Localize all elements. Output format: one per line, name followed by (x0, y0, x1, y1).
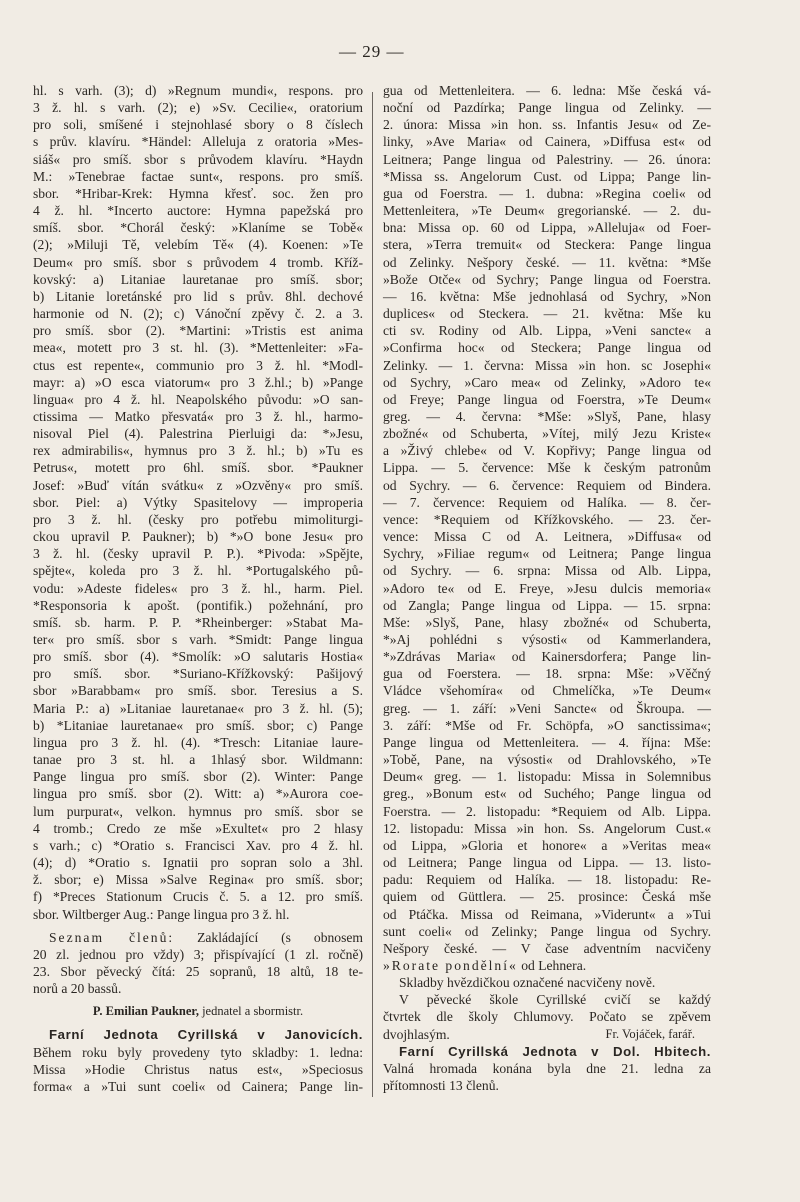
signature-role: jednatel a sbormistr. (202, 1004, 303, 1018)
text-line: pro smíš. sbor (2). *Martini: »Tristis e… (33, 322, 363, 339)
text-line: b) Litanie loretánské pro lid s prův. 8h… (33, 288, 363, 305)
text-line: M.: »Tenebrae factae sunt«, respons. pro… (33, 168, 363, 185)
janovice-section-body: Během roku byly provedeny tyto skladby: … (33, 1044, 363, 1095)
text-line: od Lippa, »Gloria et honore« a »Veritas … (383, 837, 711, 854)
text-line: 4 tromb.; Credo ze mše »Exultet« pro 2 h… (33, 820, 363, 837)
text-line: mea«, motett pro 3 st. hl. (3). *Mettenl… (33, 339, 363, 356)
text-line: Maria P.: a) »Litaniae lauretanae« pro 3… (33, 700, 363, 717)
text-line: s varh.; c) *Oratio s. Francisci Xav. pr… (33, 837, 363, 854)
text-line: ctissima — Matko přesvatá« pro 3 ž. hl.,… (33, 408, 363, 425)
left-column-body: hl. s varh. (3); d) »Regnum mundi«, resp… (33, 82, 363, 923)
text-line: 23. Sbor pěvecký čítá: 25 sopranů, 18 al… (33, 963, 363, 980)
text-line: Petrus«, motett pro 6hl. smíš. sbor. *Pa… (33, 459, 363, 476)
text-line: linky, »Ave Maria« od Cainera, »Diffusa … (383, 133, 711, 150)
text-line: Deum« pro smíš. sbor s průvodem 4 tromb.… (33, 254, 363, 271)
text-line: smíš. sbor. *Chorál český: »Klaníme se T… (33, 219, 363, 236)
section-heading-janovice: Farní Jednota Cyrillská v Janovicích. (33, 1026, 363, 1043)
text-line: bna: Missa op. 60 od Lippa, »Alleluja« o… (383, 219, 711, 236)
text-line: 3 ž. hl. (česky upravil P. P.). *Pivoda:… (33, 545, 363, 562)
text-line: od Sychry, »Caro mea« od Zelinky, »Adoro… (383, 374, 711, 391)
text-line: spějte«, koleda pro 3 ž. hl. *Portugalsk… (33, 562, 363, 579)
text-line: 20 zl. jednou pro vždy) 3; přispívající … (33, 946, 363, 963)
dol-hbity-section-body: Valná hromada konána byla dne 21. ledna … (383, 1060, 711, 1094)
rorate-author: od Lehnera. (521, 958, 586, 973)
text-line: Pange lingua pro smíš. sbor (2). Winter:… (33, 768, 363, 785)
text-line: norů a 20 bassů. (33, 980, 363, 997)
text-line: sbor. *Hribar-Krek: Hymna křesť. soc. že… (33, 185, 363, 202)
text-line: lingua pro 3 ž. hl. (4). *Tresch: Litani… (33, 734, 363, 751)
text-line: kovský: a) Litaniae lauretanae pro smíš.… (33, 271, 363, 288)
text-line: 3. září: *Mše od Fr. Schöpfa, »O sanctis… (383, 717, 711, 734)
text-line: od Sychry. — 6. srpna: Missa od Alb. Lip… (383, 562, 711, 579)
text-line: *Responsoria k apošt. (pontifik.) požehn… (33, 597, 363, 614)
text-line: »Tobě, Pane, na výsosti« od Drahlovského… (383, 751, 711, 768)
text-line: pro smíš. sbor. *Suriano-Křížkovský: Paš… (33, 665, 363, 682)
text-line: lum purpurat«, velkon. hymnus pro smíš. … (33, 803, 363, 820)
text-line: duplices« od Steckera. — 21. května: Mše… (383, 305, 711, 322)
text-line: noční od Pazdírka; Pange lingua od Zelin… (383, 99, 711, 116)
text-line: cti sv. Rodiny od Alb. Lippa, »Veni sanc… (383, 322, 711, 339)
text-line: gua od Foerstera. — 18. srpna: Mše: »Věč… (383, 665, 711, 682)
text-line: od Zangla; Pange lingua od Lippa. — 15. … (383, 597, 711, 614)
text-line: od Zelinky. Nešpory české. — 11. května:… (383, 254, 711, 271)
text-line: sbor. Piel: a) Výtky Spasitelovy — impro… (33, 494, 363, 511)
text-line: Vládce všehomíra« od Chmelíčka, »Te Deum… (383, 682, 711, 699)
text-line: Lippa. — 5. července: Mše k českým patro… (383, 459, 711, 476)
text-line: čtvrtek dle školy Chlumovy. Počato se zp… (383, 1008, 711, 1025)
text-line: Sychry, »Filiae regum« od Leitnera; Pang… (383, 545, 711, 562)
text-line: *»Zdrávas Maria« od Kainersdorfera; Pang… (383, 648, 711, 665)
text-line: vodu: »Adeste fideles« pro 3 ž. hl., har… (33, 580, 363, 597)
members-text: Zakládající (s obnosem (197, 930, 363, 945)
text-line: Mettenleitera, »Te Deum« gregorianské. —… (383, 202, 711, 219)
text-line: smíš. sb. harm. P. P. *Rheinberger: »Sta… (33, 614, 363, 631)
text-line: lingua« pro 4 ž. hl. Neapolského původu:… (33, 391, 363, 408)
rorate-title: »Rorate pondělní« (383, 958, 518, 973)
text-line: 2. února: Missa »in hon. ss. Infantis Je… (383, 116, 711, 133)
text-line: 12. listopadu: Missa »in hon. Ss. Angelo… (383, 820, 711, 837)
text-line: quiem od Güttlera. — 25. prosince: Česká… (383, 888, 711, 905)
members-label: Seznam členů: (49, 930, 174, 945)
members-paragraph-first-line: Seznam členů: Zakládající (s obnosem (33, 929, 363, 946)
page-number: — 29 — (339, 42, 405, 62)
text-line: gua od Foerstra. — 1. dubna: »Regina coe… (383, 185, 711, 202)
text-line: zbožné« od Schuberta, »Vítej, milý Jezu … (383, 425, 711, 442)
text-line: (2); »Miluji Tě, velebím Tě« (4). Koenen… (33, 236, 363, 253)
text-line: sbor. Wiltberger Aug.: Pange lingua pro … (33, 906, 363, 923)
text-line: Nešpory české. — V čase adventním nacvič… (383, 940, 711, 957)
school-last-line: dvojhlasým.Fr. Vojáček, farář. (383, 1026, 711, 1043)
text-line: Valná hromada konána byla dne 21. ledna … (383, 1060, 711, 1077)
text-line: Josef: »Buď vítán svátku« z »Ozvěny« pro… (33, 477, 363, 494)
text-line: (4); d) *Oratio s. Ignatii pro sopran so… (33, 854, 363, 871)
text-line: Zelinky. — 1. června: Missa »in hon. sc … (383, 357, 711, 374)
text-line: pro 3 ž. hl. (česky pro potřebu mimolitu… (33, 511, 363, 528)
text-line: mayr: a) »O esca viatorum« pro 3 ž.hl.; … (33, 374, 363, 391)
text-line: padu: Requiem od Halíka. — 18. listopadu… (383, 871, 711, 888)
text-line: greg., »Bonum est« od Suchého; Pange lin… (383, 785, 711, 802)
text-line: ž. sbor; e) Missa »Salve Regina« pro smí… (33, 871, 363, 888)
left-column: hl. s varh. (3); d) »Regnum mundi«, resp… (33, 82, 363, 1095)
text-line: vence: Missa C od A. Leitnera, »Diffusa«… (383, 528, 711, 545)
text-line: tanae pro 3 st. hl. a 1hlasý sbor. Wildm… (33, 751, 363, 768)
text-line: pro soli, smíšené i stejnohlasé sbory o … (33, 116, 363, 133)
text-line: stera, »Terra tremuit« od Steckera: Pang… (383, 236, 711, 253)
text-line: gua od Mettenleitera. — 6. ledna: Mše če… (383, 82, 711, 99)
right-column: gua od Mettenleitera. — 6. ledna: Mše če… (383, 82, 711, 1094)
section-heading-dol-hbity: Farní Cyrillská Jednota v Dol. Hbitech. (383, 1043, 711, 1060)
text-line: rex admirabilis«, hymnus pro 3 ž. hl.; b… (33, 442, 363, 459)
text-line: *»Aj pohlédni s výsosti« od Kammerlander… (383, 631, 711, 648)
text-line: lingua pro smíš. sbor (2). Witt: a) *»Au… (33, 785, 363, 802)
text-line: harmonie od N. (2); c) Vánoční zpěvy č. … (33, 305, 363, 322)
text-line: nisoval Piel (4). Palestrina Pierluigi d… (33, 425, 363, 442)
text-line: od Freye; Pange lingua od Foerstra, »Te … (383, 391, 711, 408)
signature-paukner: P. Emilian Paukner, jednatel a sbormistr… (33, 1003, 363, 1020)
text-line: V pěvecké škole Cyrillské cvičí se každý (383, 991, 711, 1008)
text-line: b) *Litaniae lauretanae« pro smíš. sbor;… (33, 717, 363, 734)
text-line: — 7. července: Requiem od Halíka. — 8. č… (383, 494, 711, 511)
text-line: Během roku byly provedeny tyto skladby: … (33, 1044, 363, 1061)
text-line: přítomnosti 13 členů. (383, 1077, 711, 1094)
column-divider (372, 92, 373, 1097)
text-line: hl. s varh. (3); d) »Regnum mundi«, resp… (33, 82, 363, 99)
text-line: greg. — 1. září: »Veni Sancte« od Škroup… (383, 700, 711, 717)
text-line: *Missa ss. Angelorum Cust. od Lippa; Pan… (383, 168, 711, 185)
text-line: vence: *Requiem od Křížkovského. — 23. č… (383, 511, 711, 528)
text-line: — 16. května: Mše jednohlasá od Sychry, … (383, 288, 711, 305)
text-line: »Confirma hoc« od Steckera; Pange lingua… (383, 339, 711, 356)
text-line: »Adoro te« od E. Freye, »Jesu dulcis mem… (383, 580, 711, 597)
text-line: a »Živý chlebe« od V. Kopřivy; Pange lin… (383, 442, 711, 459)
text-line: sbor »Barabbam« pro smíš. sbor. Teresius… (33, 682, 363, 699)
right-column-body: gua od Mettenleitera. — 6. ledna: Mše če… (383, 82, 711, 957)
text-line: ctus est repente«, communio pro 3 ž. hl.… (33, 357, 363, 374)
text-line: sunt coeli« od Zelinky; Pange lingua od … (383, 923, 711, 940)
text-line: 4 ž. hl. *Incerto auctore: Hymna papežsk… (33, 202, 363, 219)
text-line: s prův. klavíru. *Händel: Alleluja z ora… (33, 133, 363, 150)
signature-name: P. Emilian Paukner, (93, 1004, 199, 1018)
text-line: ckou upravil P. Paukner); b) *»O bone Je… (33, 528, 363, 545)
text-line: »Bože Otče« od Sychry; Pange lingua od F… (383, 271, 711, 288)
text-line: pro smíš. sbor (4). *Smolík: »O salutari… (33, 648, 363, 665)
text-line: Deum« greg. — 1. listopadu: Missa in Sol… (383, 768, 711, 785)
text-line: od Leitnera; Pange lingua od Lippa. — 13… (383, 854, 711, 871)
text-line: Foerstra. — 2. listopadu: *Requiem od Al… (383, 803, 711, 820)
text-line: ter« pro smíš. sbor s varh. *Smidt: Pang… (33, 631, 363, 648)
text-line: greg. — 4. června: *Mše: »Slyš, Pane, hl… (383, 408, 711, 425)
text-line: od Sychry. — 6. července: Requiem od Bin… (383, 477, 711, 494)
text-line: Mše: »Slyš, Pane, hlasy zbožné« od Schub… (383, 614, 711, 631)
text-line: Pange lingua od Mettenleitera. — 4. říjn… (383, 734, 711, 751)
text-line: forma« a »Tui sunt coeli« od Cainera; Pa… (33, 1078, 363, 1095)
text-line: 3 ž. hl. s varh. (2); e) »Sv. Cecilie«, … (33, 99, 363, 116)
signature-vojacek: Fr. Vojáček, farář. (606, 1026, 695, 1043)
text-line: siáš« pro smíš. sbor s průvodem klavíru.… (33, 151, 363, 168)
text-line: od Ptáčka. Missa od Reimana, »Viderunt« … (383, 906, 711, 923)
rorate-line: »Rorate pondělní« od Lehnera. (383, 957, 711, 974)
text-line: dvojhlasým. (383, 1026, 450, 1043)
note-line: Skladby hvězdičkou označené nacvičeny no… (383, 974, 711, 991)
text-line: Missa »Hodie Christus natus est«, »Speci… (33, 1061, 363, 1078)
text-line: f) *Preces Stationum Crucis č. 5. a 12. … (33, 888, 363, 905)
text-line: Leitnera; Pange lingua od Palestriny. — … (383, 151, 711, 168)
